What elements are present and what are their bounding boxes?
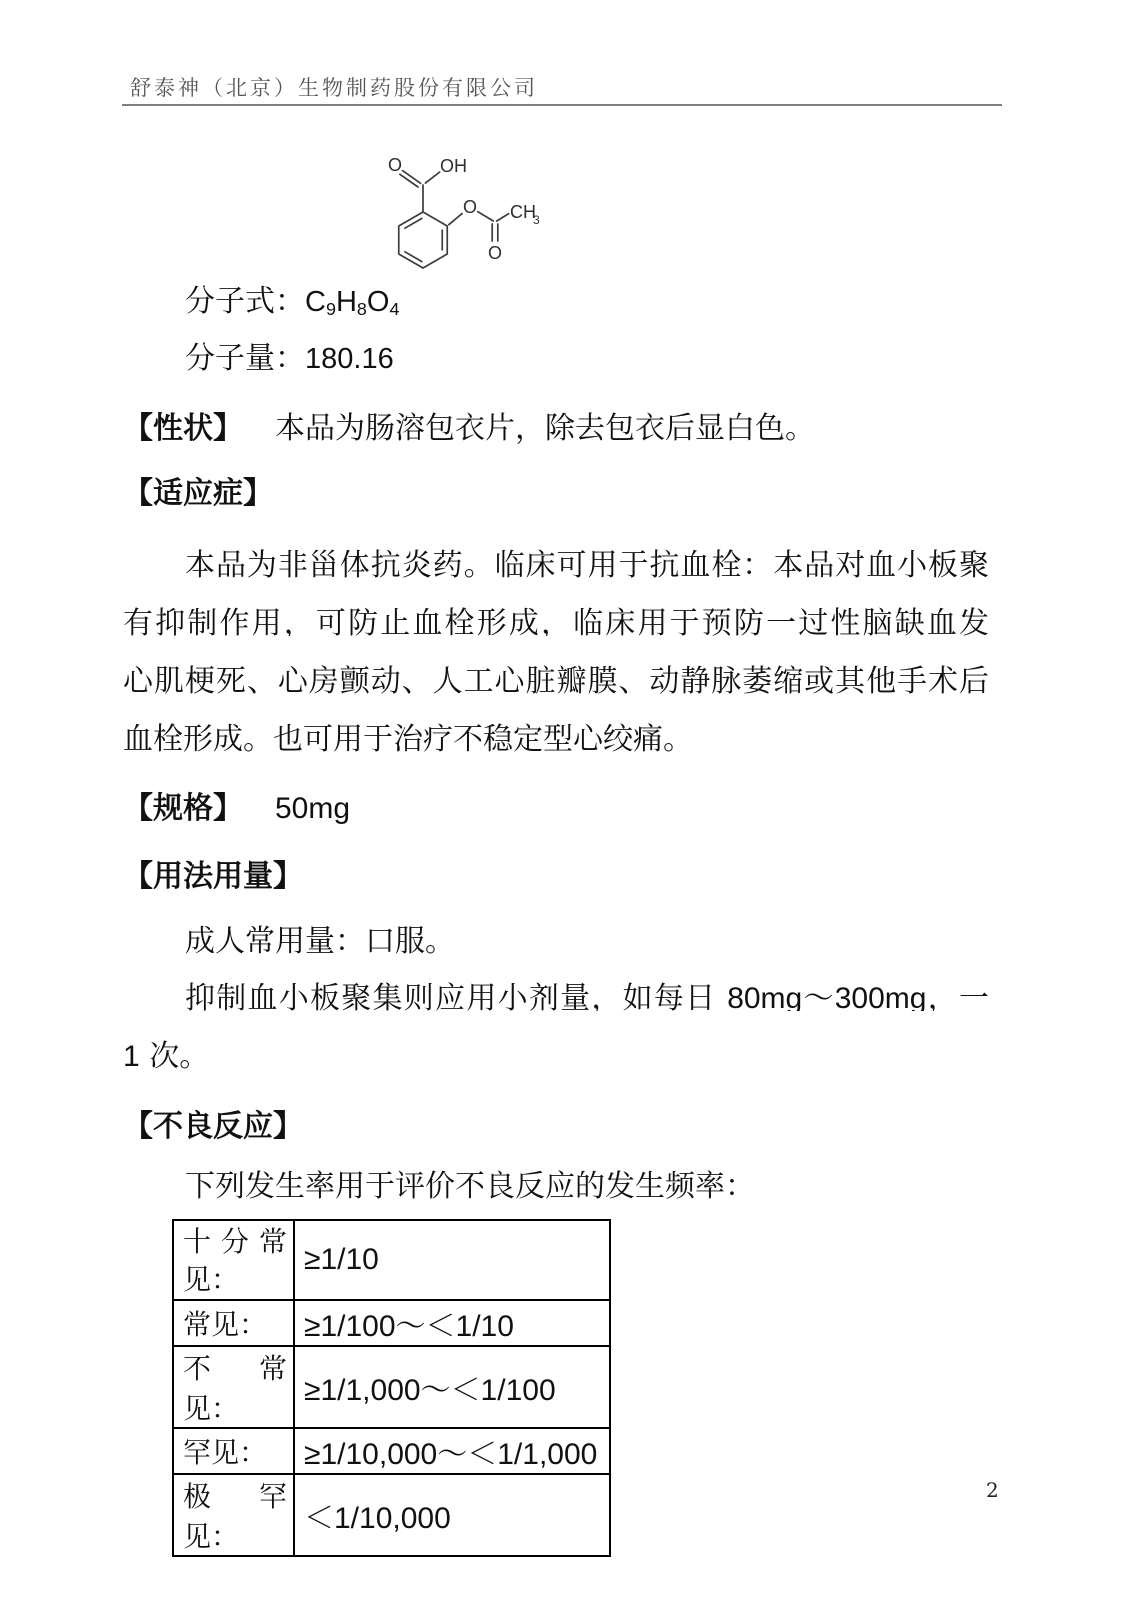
section-strength-heading: 【规格】	[123, 791, 243, 826]
frequency-value: ≥1/100～＜1/10	[294, 1300, 610, 1346]
frequency-row: 不常见： ≥1/1,000～＜1/100	[173, 1346, 610, 1428]
atom-label-carboxyl-o: O	[388, 155, 402, 175]
indications-line-2: 有抑制作用，可防止血栓形成，临床用于预防一过性脑缺血发作、	[123, 598, 989, 636]
atom-label-carbonyl-o: O	[488, 243, 502, 263]
frequency-label: 不常见：	[173, 1346, 294, 1428]
atom-label-ch-subscript: 3	[533, 213, 540, 227]
molecular-weight-value: 180.16	[305, 343, 394, 375]
document-page: 舒泰神（北京）生物制药股份有限公司	[0, 0, 1131, 1600]
molecular-formula-line: 分子式：C9H8O4	[185, 276, 399, 314]
dosage-line-1: 成人常用量：口服。	[185, 916, 455, 954]
bond-c-oh	[425, 172, 439, 183]
indications-line-3: 心肌梗死、心房颤动、人工心脏瓣膜、动静脉萎缩或其他手术后的	[123, 656, 989, 694]
section-indications-heading: 【适应症】	[123, 468, 273, 506]
molecular-weight-line: 分子量：180.16	[185, 333, 394, 371]
molecular-weight-label: 分子量：	[185, 341, 305, 376]
bond-ring-ester-o	[449, 214, 462, 225]
header-company-name: 舒泰神（北京）生物制药股份有限公司	[130, 72, 538, 102]
chemical-structure-aspirin: O OH O O CH 3	[358, 142, 620, 282]
atom-label-oh: OH	[440, 156, 467, 176]
frequency-value: ≥1/10	[294, 1220, 610, 1300]
frequency-value: ≥1/1,000～＜1/100	[294, 1346, 610, 1428]
frequency-value: ≥1/10,000～＜1/1,000	[294, 1428, 610, 1474]
aspirin-structure-drawing: O OH O O CH 3	[358, 142, 620, 282]
frequency-value: ＜1/10,000	[294, 1474, 610, 1556]
frequency-label: 极罕见：	[173, 1474, 294, 1556]
frequency-label: 十分常见：	[173, 1220, 294, 1300]
dosage-line-3: 1 次。	[123, 1031, 209, 1069]
header-rule	[122, 104, 1002, 106]
bond-ester-o-acetyl-c	[478, 212, 494, 221]
frequency-row: 常见： ≥1/100～＜1/10	[173, 1300, 610, 1346]
dosage-frequency-text: 次。	[140, 1039, 210, 1074]
dosage-line-2-text-a: 抑制血小板聚集则应用小剂量，如每日	[185, 981, 727, 1011]
frequency-label: 常见：	[173, 1300, 294, 1346]
dosage-line-2: 抑制血小板聚集则应用小剂量，如每日 80mg～300mg，一日	[185, 973, 989, 1011]
indications-line-4: 血栓形成。也可用于治疗不稳定型心绞痛。	[123, 714, 693, 752]
molecular-formula-value: C9H8O4	[305, 286, 399, 318]
ring-double-bond-1	[405, 218, 422, 228]
benzene-ring	[399, 212, 448, 268]
page-number: 2	[986, 1478, 999, 1502]
section-dosage-heading: 【用法用量】	[123, 851, 303, 889]
frequency-row: 罕见： ≥1/10,000～＜1/1,000	[173, 1428, 610, 1474]
indications-line-1: 本品为非甾体抗炎药。临床可用于抗血栓：本品对血小板聚集	[123, 540, 989, 578]
frequency-label: 罕见：	[173, 1428, 294, 1474]
carboxyl-double-bond-b	[400, 174, 418, 187]
section-character-heading: 【性状】	[123, 411, 243, 446]
frequency-row: 十分常见： ≥1/10	[173, 1220, 610, 1300]
molecular-formula-label: 分子式：	[185, 284, 305, 319]
adverse-intro: 下列发生率用于评价不良反应的发生频率：	[185, 1161, 755, 1199]
section-character-text: 本品为肠溶包衣片，除去包衣后显白色。	[275, 411, 815, 446]
section-strength: 【规格】50mg	[123, 783, 350, 821]
frequency-table: 十分常见： ≥1/10 常见： ≥1/100～＜1/10 不常见： ≥1/1,0…	[172, 1219, 611, 1557]
section-adverse-heading: 【不良反应】	[123, 1101, 303, 1139]
dosage-range-value: 80mg～300mg	[727, 982, 926, 1011]
carboxyl-double-bond-a	[403, 171, 421, 184]
bond-acetyl-ch3	[497, 214, 509, 221]
strength-value: 50mg	[275, 792, 350, 825]
atom-label-ester-o: O	[463, 197, 477, 217]
ring-double-bond-2	[405, 252, 422, 262]
section-character: 【性状】本品为肠溶包衣片，除去包衣后显白色。	[123, 403, 815, 441]
frequency-row: 极罕见： ＜1/10,000	[173, 1474, 610, 1556]
dosage-frequency-number: 1	[123, 1040, 140, 1073]
